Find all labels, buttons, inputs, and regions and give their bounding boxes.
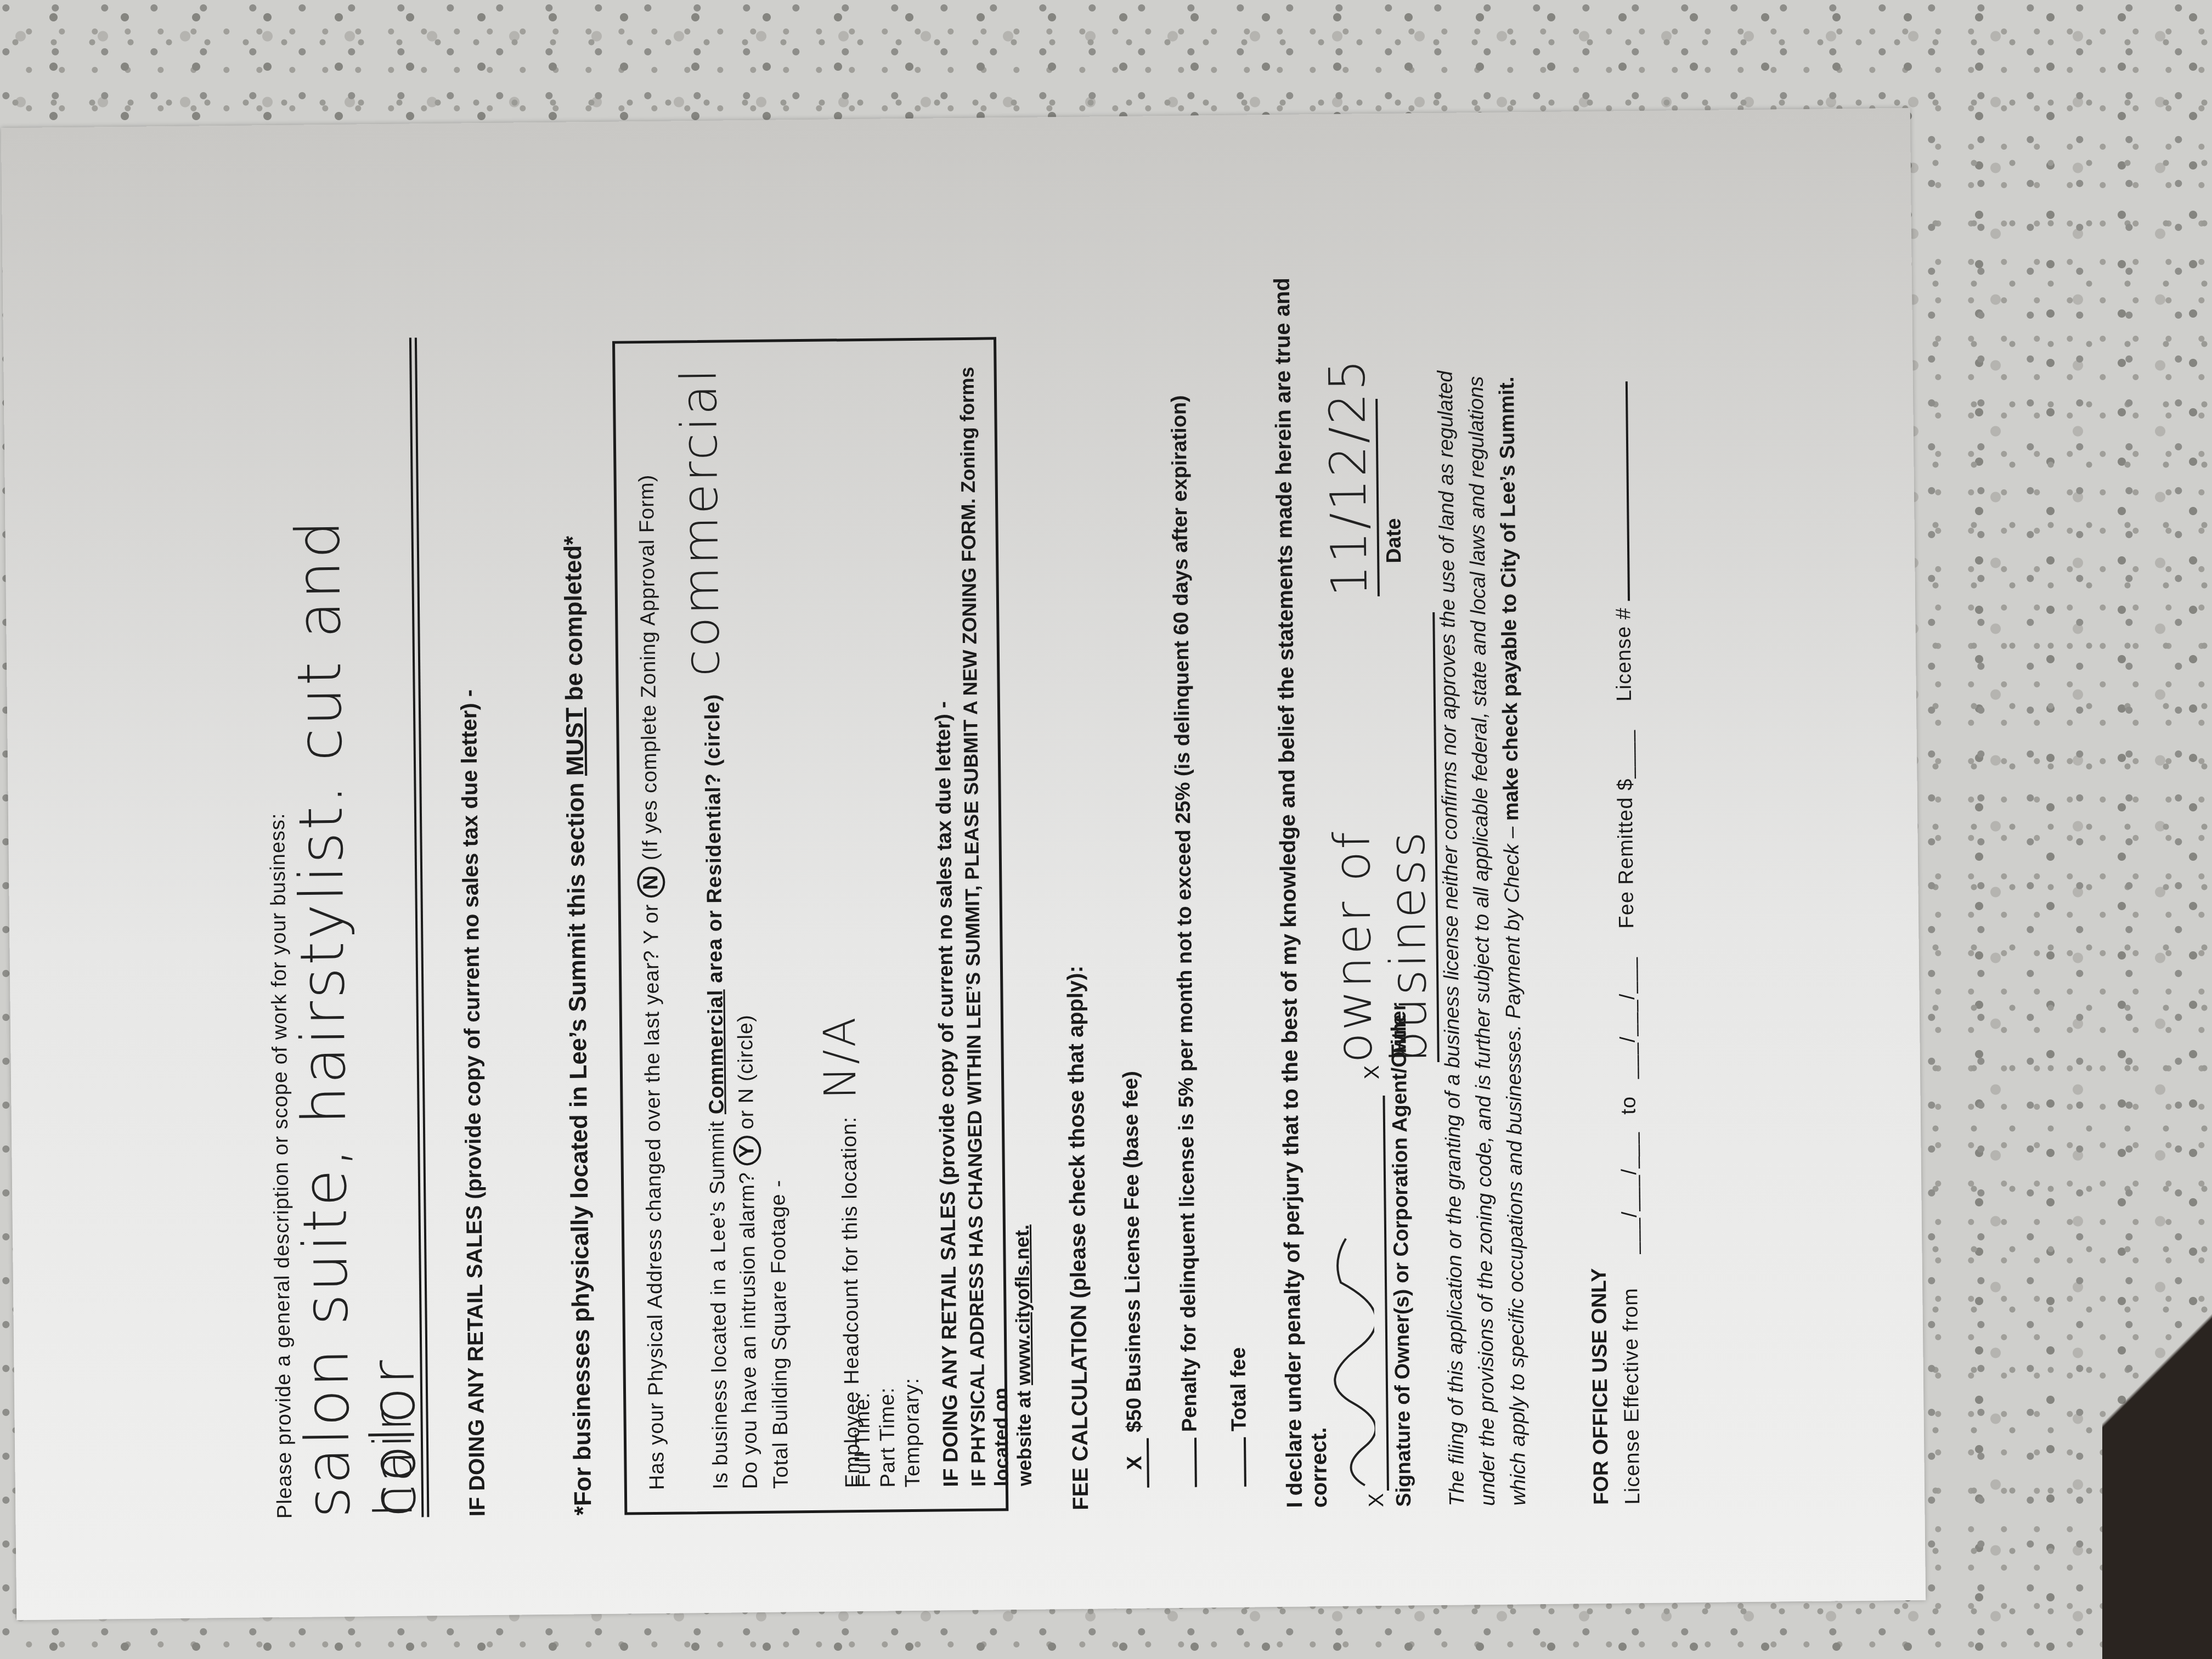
title-field[interactable]: owner of business	[1323, 612, 1440, 1063]
zoning-website-link[interactable]: www.cityofls.net.	[1011, 1224, 1035, 1385]
address-changed-answer[interactable]: N	[637, 866, 665, 898]
fee-heading: FEE CALCULATION (please check those that…	[1063, 966, 1093, 1510]
location-type-commercial[interactable]: Commercial	[704, 989, 728, 1114]
fee-item-base: X $50 Business License Fee (base fee)	[1119, 1071, 1149, 1488]
retail-sales-note: IF DOING ANY RETAIL SALES (provide copy …	[457, 690, 490, 1517]
disclaimer-paragraph: The filing of this application or the gr…	[1430, 326, 1534, 1506]
headcount-value[interactable]: N/A	[814, 1015, 866, 1099]
fee-item-penalty: Penalty for delinquent license is 5% per…	[1161, 395, 1203, 1487]
physical-location-box: Has your Physical Address changed over t…	[612, 337, 1008, 1515]
date-field[interactable]: 11/12/25	[1321, 399, 1380, 597]
alarm-answer[interactable]: Y	[733, 1136, 761, 1166]
temporary-label: Temporary:	[900, 1378, 925, 1488]
address-changed-question: Has your Physical Address changed over t…	[633, 475, 672, 1491]
countertop-edge	[2102, 1275, 2212, 1659]
fee-checkbox-base[interactable]: X	[1123, 1438, 1149, 1488]
fee-item-total: Total fee	[1221, 1347, 1252, 1487]
box-retail-sales-note: IF DOING ANY RETAIL SALES (provide copy …	[932, 701, 963, 1487]
effective-from-date[interactable]: ___/___/___	[1617, 1132, 1641, 1254]
signature-label: Signature of Owner(s) or Corporation Age…	[1387, 1002, 1417, 1506]
license-number-field[interactable]	[1606, 381, 1630, 601]
square-footage-label: Total Building Square Footage -	[766, 1180, 793, 1489]
fee-checkbox-penalty[interactable]	[1172, 1438, 1197, 1487]
office-use-heading: FOR OFFICE USE ONLY	[1588, 1268, 1614, 1505]
fee-remitted-field[interactable]: Fee Remitted $____	[1613, 730, 1639, 929]
title-label: Title	[1387, 1014, 1412, 1057]
fee-checkbox-total[interactable]	[1222, 1437, 1246, 1487]
full-time-label: Full Time:	[851, 1392, 876, 1488]
part-time-label: Part Time:	[876, 1387, 900, 1488]
date-label: Date	[1382, 518, 1406, 563]
signature-scribble-icon	[1328, 1096, 1376, 1491]
zoning-note: IF PHYSICAL ADDRESS HAS CHANGED WITHIN L…	[955, 340, 1036, 1487]
effective-to-date[interactable]: ___/___/___	[1616, 957, 1640, 1079]
signature-row: X X owner of business 11/12/25 Signature…	[1320, 328, 1404, 1508]
location-type-question: Is business located in a Lee’s Summit Co…	[670, 366, 739, 1490]
business-license-form-page: Please provide a general description or …	[1, 108, 1926, 1620]
physical-section-heading: *For businesses physically located in Le…	[560, 535, 597, 1515]
signature-field[interactable]	[1350, 1096, 1389, 1491]
alarm-question: Do you have an intrusion alarm? Y or N (…	[732, 1014, 765, 1489]
location-type-handwritten: commercial	[670, 366, 731, 677]
